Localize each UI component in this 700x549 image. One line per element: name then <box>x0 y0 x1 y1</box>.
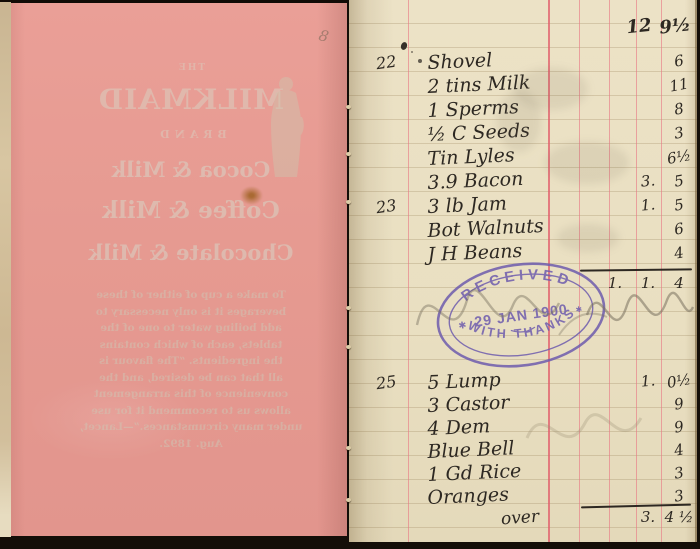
ledger-pence: 9 <box>663 416 696 439</box>
ad-body-line: allows us to recommend it for use <box>51 403 331 420</box>
ledger-pence: 6½ <box>663 146 696 169</box>
pencil-mark: 8 <box>317 26 331 46</box>
ledger-rows-jan-25: 255 Lump1.0½3 Castor94 Dem9Blue Bell41 G… <box>349 372 695 510</box>
carry-over-shillings: 3. <box>636 508 660 526</box>
ledger-shillings <box>636 75 660 77</box>
ledger-shillings <box>636 123 660 125</box>
ledger-shillings: 1. <box>635 371 660 391</box>
ledger-item: 1 Gd Rice <box>427 460 522 486</box>
ledger-date: 25 <box>375 370 411 394</box>
ledger-row: 4 Dem9 <box>349 418 695 441</box>
ad-body-line: add boiling water to one of the <box>51 320 331 337</box>
ledger-pounds <box>600 123 630 126</box>
ledger-item: 3 Castor <box>427 391 510 417</box>
ledger-shillings <box>636 394 660 396</box>
ledger-pounds <box>600 219 630 222</box>
ledger-shillings <box>636 147 660 149</box>
ledger-shillings: 1. <box>635 195 660 215</box>
ledger-shillings <box>636 486 660 488</box>
ledger-pounds <box>600 371 630 374</box>
ad-body-line: Aug. 1892. <box>51 436 331 453</box>
ledger-date: 23 <box>375 194 411 218</box>
ledger-pence: 5 <box>663 170 696 193</box>
ledger-item: 3 lb Jam <box>427 193 507 218</box>
left-page-pink-cover: THE MILKMAID BRAND Cocoa & Milk Coffee &… <box>11 3 347 536</box>
ink-speck <box>418 59 422 63</box>
binding-stitch <box>346 152 351 156</box>
ledger-shillings <box>636 99 660 101</box>
ad-body-line: under many circumstances.”—Lancet, <box>51 419 331 436</box>
ledger-shillings <box>636 440 660 442</box>
carried-forward-row: 12 9½ <box>349 16 695 44</box>
ledger-page: 12 9½ 22Shovel62 tins Milk111 Sperms8½ C… <box>349 0 697 542</box>
ledger-shillings <box>636 417 660 419</box>
ledger-date: 22 <box>375 50 411 74</box>
ledger-item: 5 Lump <box>427 369 501 394</box>
ledger-item: 4 Dem <box>427 415 491 440</box>
ledger-item: Oranges <box>427 483 509 509</box>
ledger-shillings <box>636 219 660 221</box>
ledger-row: 3 Castor9 <box>349 395 695 418</box>
ledger-pounds <box>600 195 630 198</box>
binding-stitch <box>346 345 351 349</box>
ledger-pence: 4 <box>663 439 696 462</box>
receipt-book-photo: THE MILKMAID BRAND Cocoa & Milk Coffee &… <box>0 0 700 549</box>
ledger-shillings <box>636 51 660 53</box>
ledger-pounds <box>600 463 630 466</box>
milkmaid-ad-showthrough: THE MILKMAID BRAND Cocoa & Milk Coffee &… <box>41 63 341 493</box>
ledger-item: Blue Bell <box>427 437 515 463</box>
ledger-pence: 11 <box>663 74 696 97</box>
ledger-pence: 8 <box>663 98 696 121</box>
carried-pence: 9½ <box>656 14 694 39</box>
ink-speck <box>411 51 413 53</box>
ledger-item: Shovel <box>427 49 493 74</box>
ledger-pence: 3 <box>663 122 696 145</box>
carry-over-row: over 3. 4 ½ <box>349 508 695 532</box>
ad-body-line: To make a cup of either of these <box>51 287 331 304</box>
carried-shillings: 12 <box>624 15 654 39</box>
ad-product-chocolate: Chocolate & Milk <box>41 240 341 265</box>
paper-smudge <box>557 224 619 252</box>
binding-stitch <box>346 105 351 109</box>
paper-stain <box>240 186 263 205</box>
ledger-pounds <box>600 51 630 54</box>
ledger-item: Bot Walnuts <box>427 215 544 242</box>
ledger-pounds <box>600 440 630 443</box>
ledger-pounds <box>600 486 630 489</box>
ad-body-line: convenience of this arrangement <box>51 386 331 403</box>
ledger-pence: 6 <box>663 50 696 73</box>
ledger-row: 255 Lump1.0½ <box>349 372 695 395</box>
page-fore-edge <box>0 2 11 537</box>
ledger-row: 3.9 Bacon3.5 <box>349 172 695 196</box>
ledger-pence: 0½ <box>663 370 696 393</box>
ad-body-line: all that can be desired, and the <box>51 370 331 387</box>
paper-smudge <box>545 142 629 184</box>
ad-body-text: To make a cup of either of these beverag… <box>41 287 341 452</box>
ledger-pounds <box>600 75 630 78</box>
ad-overline: THE <box>41 63 341 73</box>
ledger-pence: 9 <box>663 393 696 416</box>
ad-body-line: tablets, each of which contains <box>51 337 331 354</box>
ledger-shillings <box>636 463 660 465</box>
binding-stitch <box>346 446 351 450</box>
ledger-item: Tin Lyles <box>427 144 515 170</box>
ad-body-line: beverages it is only necessary to <box>51 304 331 321</box>
ledger-pence: 5 <box>663 194 696 217</box>
carry-over-label: over <box>500 507 539 530</box>
ledger-shillings <box>636 243 660 245</box>
ad-product-cocoa: Cocoa & Milk <box>41 157 341 182</box>
ledger-pence: 3 <box>663 462 696 485</box>
binding-stitch <box>346 200 351 204</box>
binding-stitch <box>346 498 351 502</box>
carry-over-pence: 4 ½ <box>662 508 696 526</box>
ledger-row: Blue Bell4 <box>349 441 695 464</box>
ad-product-coffee: Coffee & Milk <box>41 197 341 224</box>
ledger-pounds <box>600 99 630 102</box>
pencil-signature-scribble <box>409 255 699 370</box>
ledger-item: 3.9 Bacon <box>427 168 524 194</box>
ledger-pounds <box>600 417 630 420</box>
binding-stitch <box>346 306 351 310</box>
ledger-row: 1 Gd Rice3 <box>349 464 695 487</box>
ledger-shillings: 3. <box>635 171 660 191</box>
ad-body-line: the ingredients. “The flavour is <box>51 353 331 370</box>
ledger-pence: 6 <box>663 218 696 241</box>
ledger-pounds <box>600 394 630 397</box>
paper-smudge <box>497 90 541 152</box>
